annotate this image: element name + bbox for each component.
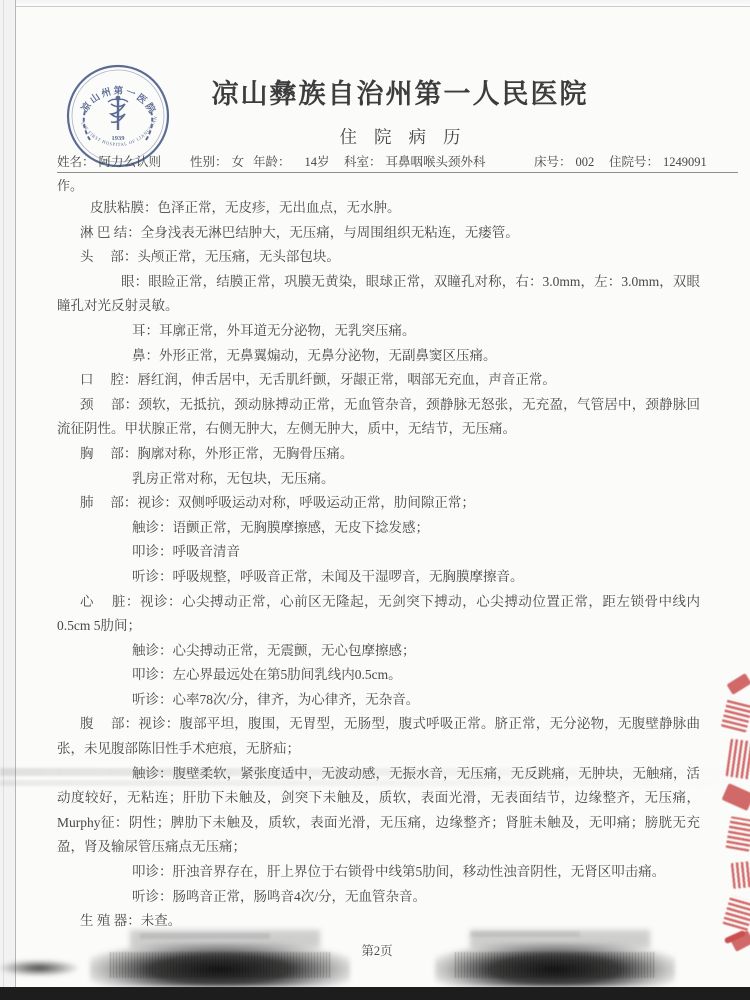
exam-line: 心 脏：视诊：心尖搏动正常，心前区无隆起，无剑突下搏动，心尖搏动位置正常，距左锁… [57, 590, 700, 639]
patient-bed-label: 床号： [534, 155, 572, 169]
red-stamp-partial [710, 674, 750, 974]
exam-line: 叩诊：左心界最远处在第5肋间乳线内0.5cm。 [57, 663, 700, 688]
exam-line: 头 部：头颅正常，无压痛，无头部包块。 [57, 245, 700, 270]
patient-department-label: 科室： [344, 155, 382, 169]
red-stamp-fragment [725, 816, 750, 852]
exam-line: 皮肤粘膜：色泽正常，无皮疹，无出血点，无水肿。 [57, 196, 700, 221]
exam-line: 听诊：心率78次/分，律齐，为心律齐，无杂音。 [57, 688, 700, 713]
hospital-name-title: 凉山彝族自治州第一人民医院 [120, 72, 680, 111]
red-stamp-slash [724, 930, 747, 944]
exam-line: 叩诊：呼吸音清音 [57, 540, 700, 565]
patient-name-value: 阿力么认则 [99, 155, 162, 169]
patient-name-label: 姓名： [57, 155, 95, 169]
exam-line: 耳：耳廓正常，外耳道无分泌物，无乳突压痛。 [57, 319, 700, 344]
patient-age-value: 14岁 [305, 155, 330, 169]
exam-line: 生 殖 器：未查。 [57, 909, 700, 934]
patient-gender-value: 女 [232, 155, 245, 169]
exam-line: 叩诊：肝浊音界存在，肝上界位于右锁骨中线第5肋间，移动性浊音阴性，无肾区叩击痛。 [57, 860, 700, 885]
patient-age-field: 年龄：14岁 [253, 152, 330, 170]
patient-bed-value: 002 [576, 155, 595, 169]
patient-department-value: 耳鼻咽喉头颈外科 [386, 155, 486, 169]
patient-name-field: 姓名：阿力么认则 [57, 152, 161, 170]
exam-line: 眼：眼睑正常，结膜正常，巩膜无黄染，眼球正常，双瞳孔对称，右：3.0mm，左：3… [57, 270, 700, 319]
exam-line: 听诊：肠鸣音正常，肠鸣音4次/分，无血管杂音。 [57, 885, 700, 910]
patient-bed-field: 床号：002 [534, 152, 594, 170]
exam-line: 淋 巴 结：全身浅表无淋巴结肿大，无压痛，与周围组织无粘连，无瘘管。 [57, 221, 700, 246]
exam-line: 触诊：语颤正常，无胸膜摩擦感，无皮下捻发感； [57, 516, 700, 541]
exam-line: 触诊：心尖搏动正常，无震颤，无心包摩擦感； [57, 639, 700, 664]
patient-gender-field: 性别：女 [190, 152, 244, 170]
scan-streak [140, 933, 270, 939]
red-stamp-fragment [721, 697, 750, 732]
red-stamp-fragment [725, 739, 750, 780]
carryover-text: 作。 [57, 175, 83, 194]
exam-text: 皮肤粘膜：色泽正常，无皮疹，无出血点，无水肿。淋 巴 结：全身浅表无淋巴结肿大，… [57, 196, 700, 934]
patient-admission-no-value: 1249091 [663, 155, 707, 169]
scan-edge-top [0, 0, 750, 7]
exam-line: 触诊：腹壁柔软，紧张度适中，无波动感，无振水音，无压痛，无反跳痛，无肿块，无触痛… [57, 762, 700, 860]
patient-age-label: 年龄： [253, 155, 291, 169]
exam-line: 腹 部：视诊：腹部平坦，腹围，无胃型，无肠型，腹式呼吸正常。脐正常，无分泌物，无… [57, 712, 700, 761]
red-stamp-fragment [726, 673, 750, 695]
patient-info-row: 姓名：阿力么认则 性别：女 年龄：14岁 科室：耳鼻咽喉头颈外科 床号：002 … [57, 150, 738, 173]
exam-line: 乳房正常对称，无包块，无压痛。 [57, 467, 700, 492]
patient-department-field: 科室：耳鼻咽喉头颈外科 [344, 152, 486, 170]
exam-line: 肺 部：视诊：双侧呼吸运动对称，呼吸运动正常，肋间隙正常； [57, 491, 700, 516]
red-stamp-fragment [722, 895, 750, 931]
exam-line: 胸 部：胸廓对称，外形正常，无胸骨压痛。 [57, 442, 700, 467]
document-title: 住院病历 [120, 124, 680, 149]
scan-edge-bottom [0, 987, 750, 1000]
patient-gender-label: 性别： [190, 155, 228, 169]
red-stamp-fragment [731, 861, 750, 889]
exam-line: 鼻：外形正常，无鼻翼煽动，无鼻分泌物，无副鼻窦区压痛。 [57, 344, 700, 369]
scan-edge-left-line [3, 0, 4, 1000]
page-number: 第2页 [57, 941, 697, 959]
exam-line: 颈 部：颈软，无抵抗，颈动脉搏动正常，无血管杂音，颈静脉无怒张，无充盈，气管居中… [57, 393, 700, 442]
patient-admission-no-field: 住院号：1249091 [609, 152, 707, 170]
exam-line: 口 腔：唇红润，伸舌居中，无舌肌纤颤，牙龈正常，咽部无充血，声音正常。 [57, 368, 700, 393]
red-stamp-fragment [722, 783, 750, 811]
patient-admission-no-label: 住院号： [609, 155, 659, 169]
exam-line: 听诊：呼吸规整，呼吸音正常，未闻及干湿啰音，无胸膜摩擦音。 [57, 565, 700, 590]
